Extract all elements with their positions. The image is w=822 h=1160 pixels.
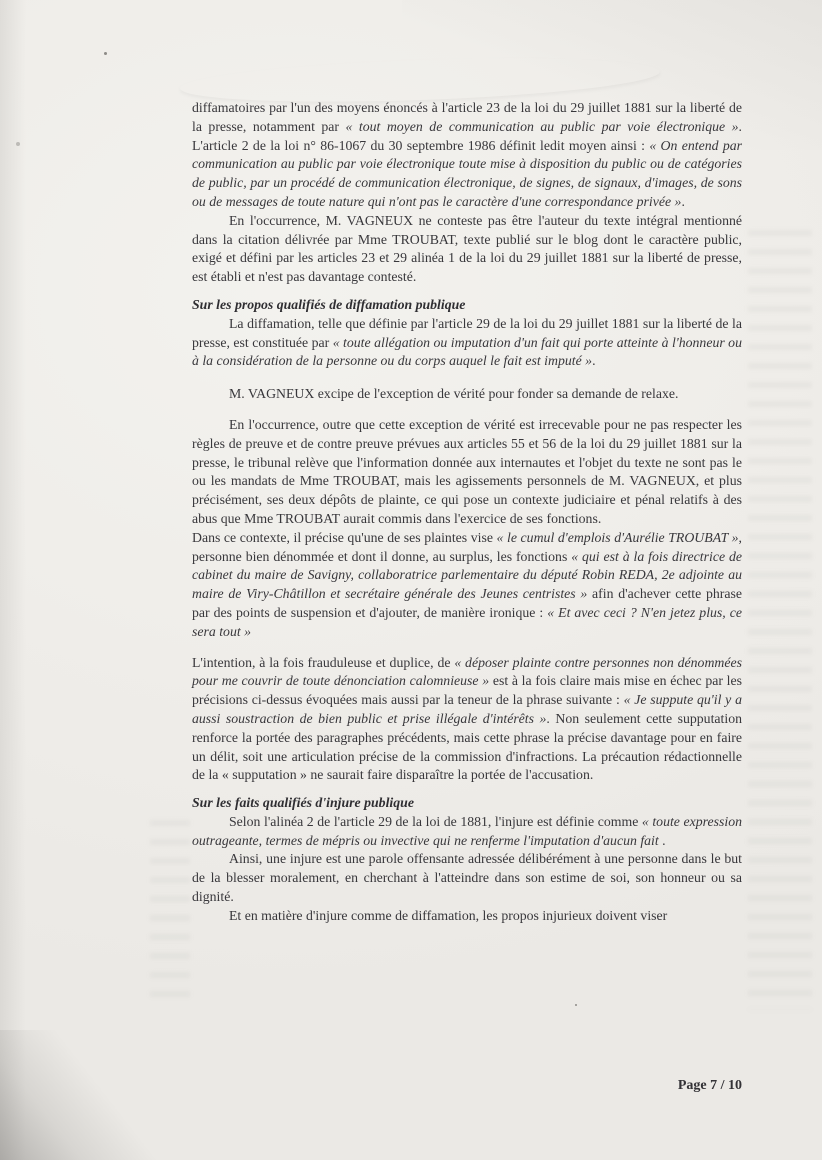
para-dans-ce-contexte: Dans ce contexte, il précise qu'une de s… [192,529,742,642]
body-text: Dans ce contexte, il précise qu'une de s… [192,530,497,545]
body-text: Selon l'alinéa 2 de l'article 29 de la l… [229,814,642,829]
body-text: . [681,194,684,209]
para-vagneux-excipe: M. VAGNEUX excipe de l'exception de véri… [192,385,742,404]
quoted-italic-text: « le cumul d'emplois d'Aurélie TROUBAT » [497,530,739,545]
para-selon-alinea: Selon l'alinéa 2 de l'article 29 de la l… [192,813,742,851]
body-text: . [659,833,666,848]
scan-speck [104,52,107,55]
para-en-loccurrence-vagneux: En l'occurrence, M. VAGNEUX ne conteste … [192,212,742,287]
para-diffamatoires: diffamatoires par l'un des moyens énoncé… [192,99,742,212]
para-ainsi-une-injure: Ainsi, une injure est une parole offensa… [192,850,742,906]
para-la-diffamation: La diffamation, telle que définie par l'… [192,315,742,371]
body-text: En l'occurrence, outre que cette excepti… [192,417,742,526]
scan-speck [575,1004,577,1006]
para-intention: L'intention, à la fois frauduleuse et du… [192,654,742,786]
para-exception-verite: En l'occurrence, outre que cette excepti… [192,416,742,529]
body-text: . [592,353,595,368]
para-et-en-matiere: Et en matière d'injure comme de diffamat… [192,907,742,926]
body-text: Sur les faits qualifiés d'injure publiqu… [192,795,414,810]
body-text: M. VAGNEUX excipe de l'exception de véri… [229,386,678,401]
scan-bleedthrough-artifact [748,230,812,1010]
heading-diffamation-publique: Sur les propos qualifiés de diffamation … [192,296,742,315]
body-text: Ainsi, une injure est une parole offensa… [192,851,742,904]
scan-bleedthrough-artifact [150,820,190,1010]
document-body: diffamatoires par l'un des moyens énoncé… [192,99,742,926]
body-text: En l'occurrence, M. VAGNEUX ne conteste … [192,213,742,284]
scan-speck [16,142,20,146]
body-text: Et en matière d'injure comme de diffamat… [229,908,667,923]
heading-injure-publique: Sur les faits qualifiés d'injure publiqu… [192,794,742,813]
scan-edge-shade [0,0,26,1160]
scan-corner-shadow [0,1030,170,1160]
scanned-page: diffamatoires par l'un des moyens énoncé… [0,0,822,1160]
quoted-italic-text: « tout moyen de communication au public … [346,119,739,134]
page-number: Page 7 / 10 [192,1078,742,1094]
body-text: Sur les propos qualifiés de diffamation … [192,297,465,312]
body-text: L'intention, à la fois frauduleuse et du… [192,655,454,670]
